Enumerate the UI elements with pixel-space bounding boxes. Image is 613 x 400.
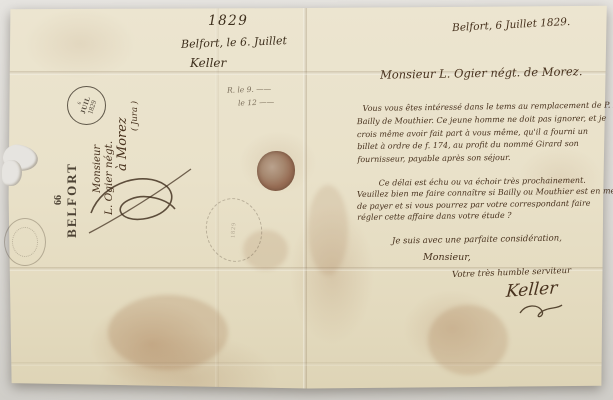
docket-year: 1829 xyxy=(208,13,248,29)
stain xyxy=(308,185,348,275)
letter-closing-line-2: Monsieur, xyxy=(423,252,471,263)
docket-note-answered: le 12 —— xyxy=(238,97,274,107)
postmark-number: 66 xyxy=(53,148,64,252)
faint-edge-stamp-inner xyxy=(12,227,38,257)
signature: Keller xyxy=(505,278,558,302)
horizontal-fold-bottom xyxy=(8,362,608,366)
address-line: ( Jura ) xyxy=(130,73,140,131)
stain xyxy=(428,305,508,375)
stain xyxy=(108,295,228,370)
address-line: à Morez xyxy=(115,73,130,171)
postmark-66-belfort: 66 BELFORT xyxy=(53,148,87,252)
vertical-fold-center xyxy=(303,5,307,390)
letter-paragraph-1: Vous vous êtes intéressé dans le tems au… xyxy=(357,99,613,167)
address-flourish xyxy=(83,163,198,241)
signature-flourish xyxy=(516,301,566,321)
seal-residue xyxy=(257,151,295,191)
docket-sender-name: Keller xyxy=(190,56,226,70)
faint-transit-stamp-text: 1829 xyxy=(231,222,238,238)
docket-note-received: R. le 9. —— xyxy=(227,84,271,95)
letter-photograph: 6 JUIL 1829 66 BELFORT Monsieur L. Ogier… xyxy=(0,0,613,400)
postmark-town: BELFORT xyxy=(64,148,80,252)
letter-paragraph-2: Ce délai est échu ou va échoir très proc… xyxy=(357,174,613,223)
